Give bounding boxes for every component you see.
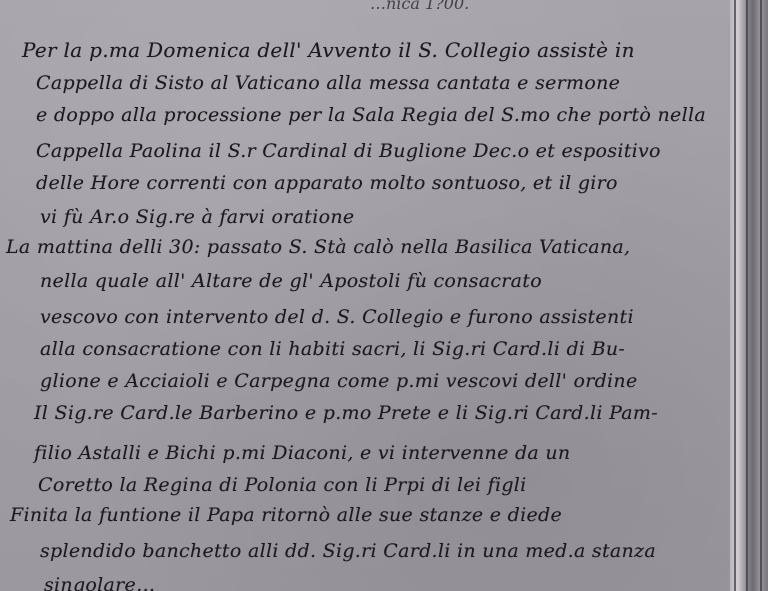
manuscript-line: Finita la funtione il Papa ritornò alle … xyxy=(10,504,562,526)
manuscript-line: e doppo alla processione per la Sala Reg… xyxy=(36,104,706,126)
manuscript-line: vi fù Ar.o Sig.re à farvi oratione xyxy=(40,206,354,228)
manuscript-line: Coretto la Regina di Polonia con li Prpi… xyxy=(38,474,527,496)
manuscript-line: vescovo con intervento del d. S. Collegi… xyxy=(40,306,634,328)
header-fragment: …nica 1?00. xyxy=(370,0,469,13)
manuscript-line: glione e Acciaioli e Carpegna come p.mi … xyxy=(40,370,638,392)
manuscript-line: singolare… xyxy=(44,574,155,591)
manuscript-line: nella quale all' Altare de gl' Apostoli … xyxy=(40,270,542,292)
manuscript-line: filio Astalli e Bichi p.mi Diaconi, e vi… xyxy=(34,442,570,464)
book-binding xyxy=(730,0,768,591)
manuscript-line: Per la p.ma Domenica dell' Avvento il S.… xyxy=(22,38,635,62)
manuscript-page: …nica 1?00. Per la p.ma Domenica dell' A… xyxy=(0,0,742,591)
manuscript-line: delle Hore correnti con apparato molto s… xyxy=(36,172,618,194)
manuscript-line: Cappella di Sisto al Vaticano alla messa… xyxy=(36,72,620,94)
manuscript-line: Cappella Paolina il S.r Cardinal di Bugl… xyxy=(36,140,661,162)
manuscript-line: Il Sig.re Card.le Barberino e p.mo Prete… xyxy=(34,402,658,424)
manuscript-line: splendido banchetto alli dd. Sig.ri Card… xyxy=(40,540,656,562)
manuscript-line: alla consacratione con li habiti sacri, … xyxy=(40,338,625,360)
manuscript-line: La mattina delli 30: passato S. Stà calò… xyxy=(6,236,630,258)
